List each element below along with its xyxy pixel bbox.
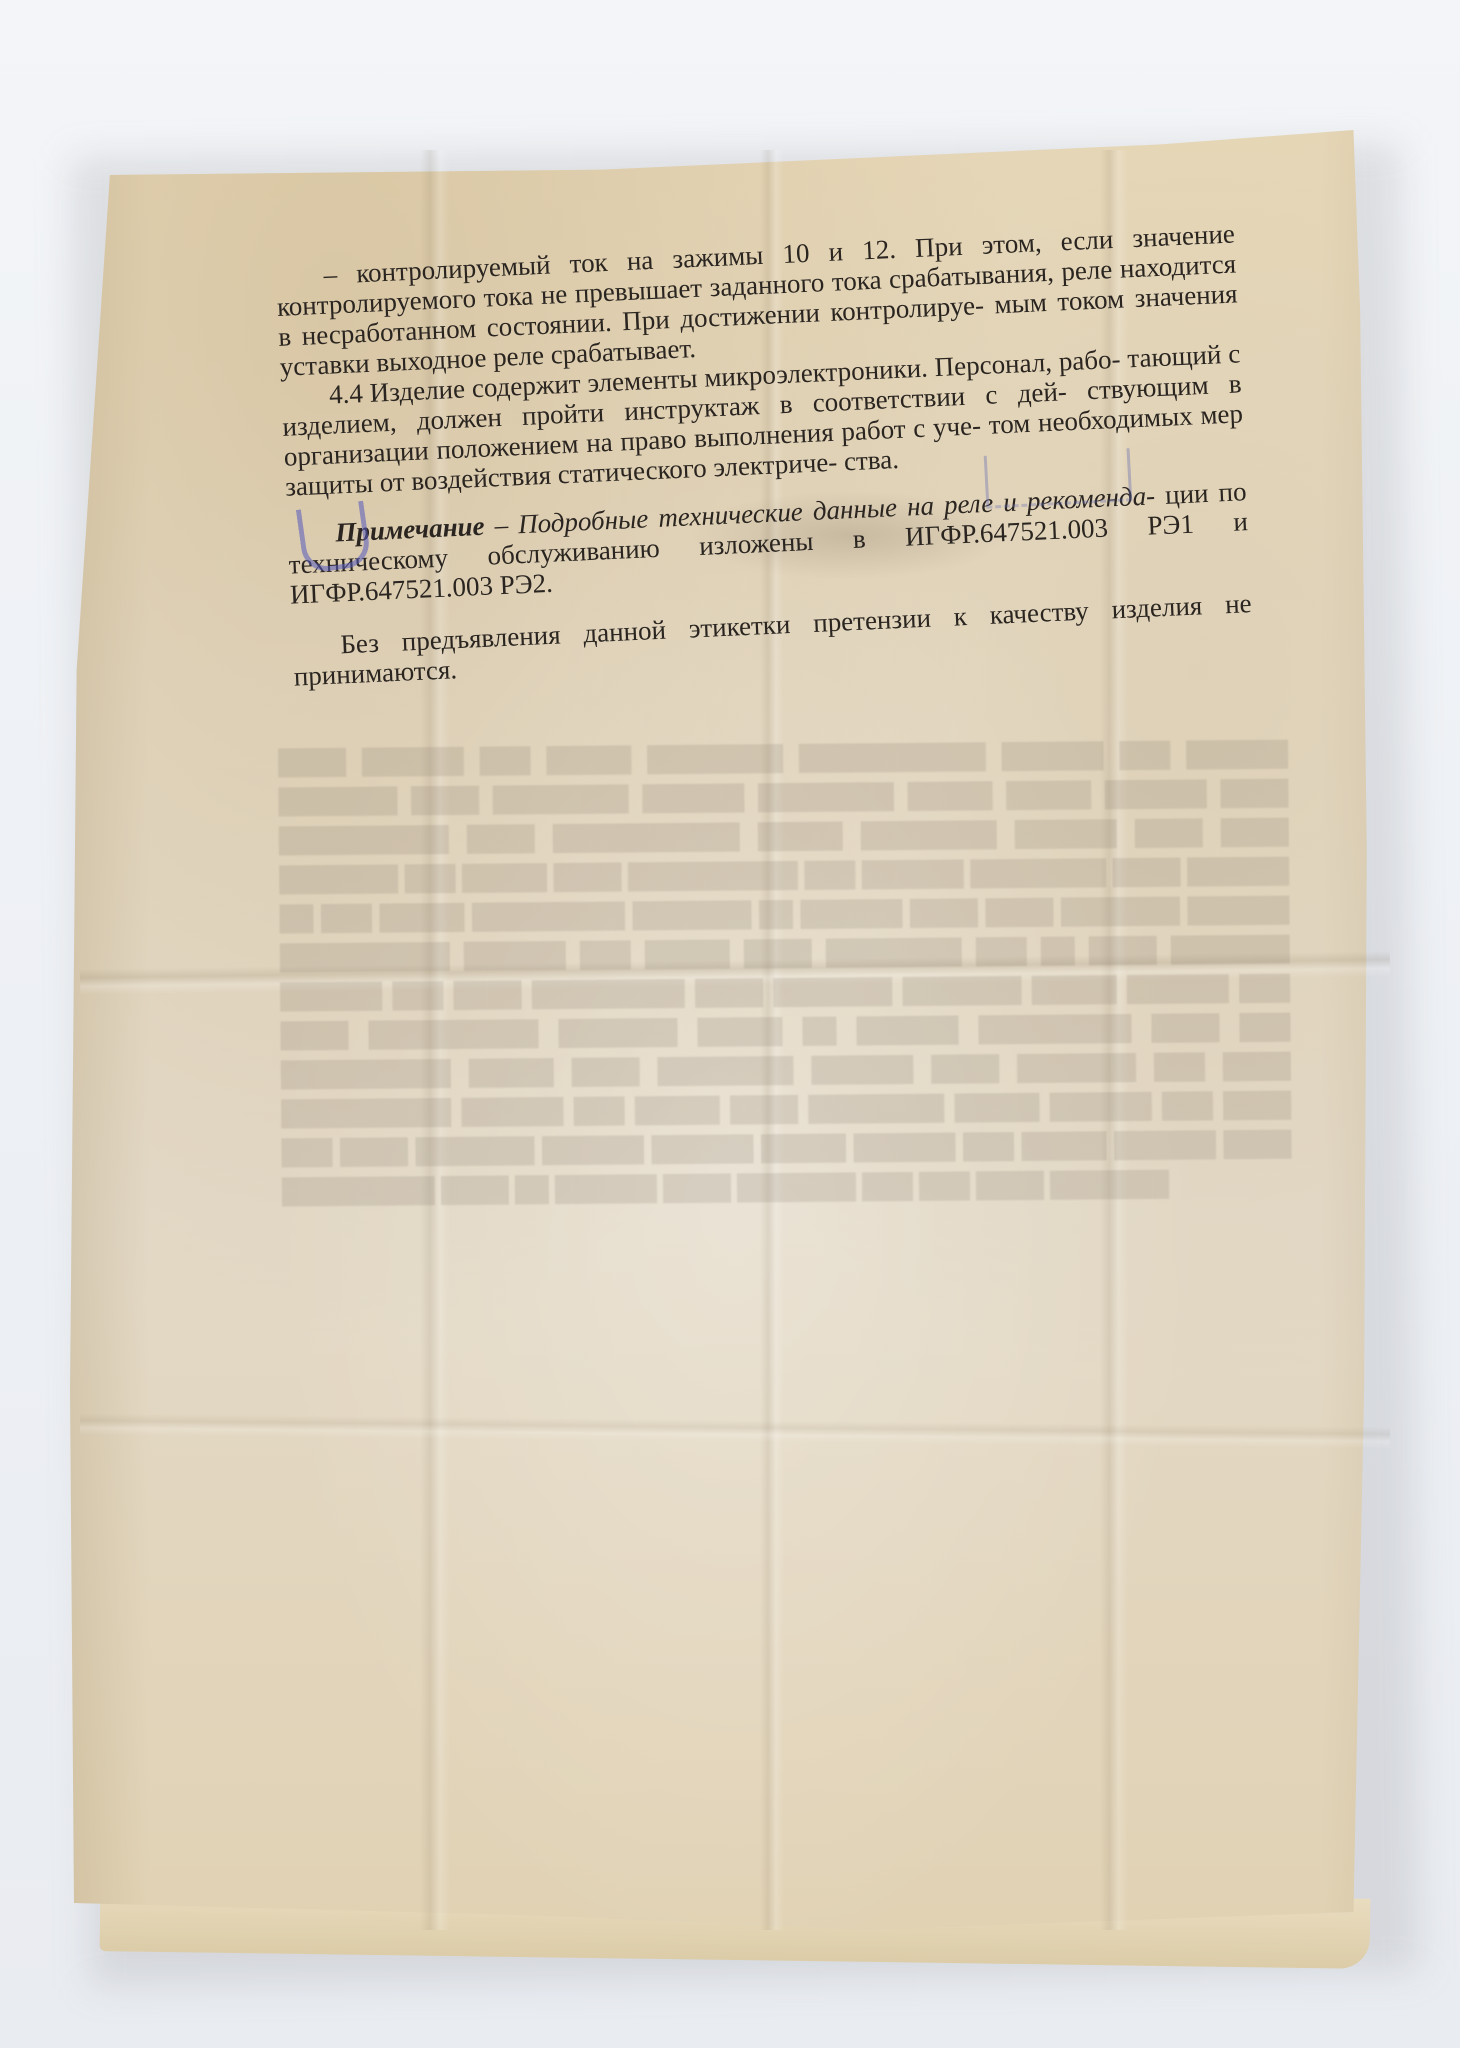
bleed-through-text: ████ ██████ ███ █████ ████████ █████████… [278, 736, 1292, 1213]
note-separator: – [484, 509, 519, 540]
ink-stamp-mark [984, 448, 1133, 509]
text-line: ства. [843, 444, 899, 476]
